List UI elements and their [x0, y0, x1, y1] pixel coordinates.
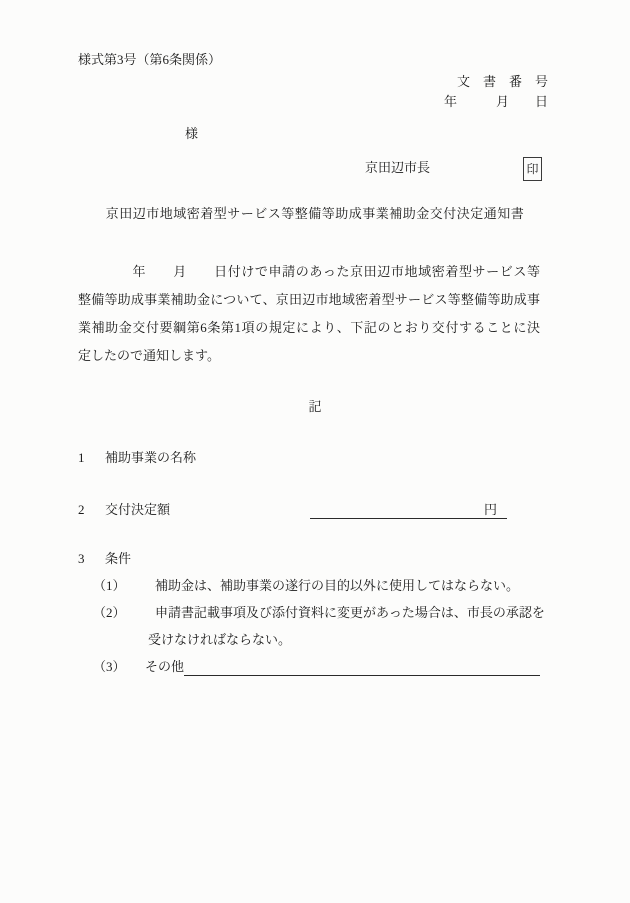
- amount-blank-field: 円: [310, 501, 507, 519]
- item-number: 1: [78, 449, 105, 467]
- body-line: 業補助金交付要綱第6条第1項の規定により、下記のとおり交付することに決: [78, 314, 540, 342]
- other-blank-field: [184, 659, 540, 676]
- date-blank-line: 年 月 日: [444, 92, 548, 112]
- recipient-honorific: 様: [185, 125, 198, 143]
- seal-box: 印: [523, 157, 542, 181]
- body-line: 整備等助成事業補助金について、京田辺市地域密着型サービス等整備等助成事: [78, 286, 540, 314]
- condition-text: その他: [145, 659, 184, 674]
- document-number-block: 文 書 番 号 年 月 日: [444, 72, 548, 112]
- issuer-title: 京田辺市長: [365, 159, 430, 177]
- body-line: 定したので通知します。: [78, 342, 540, 370]
- condition-row: （3）その他: [93, 658, 540, 676]
- item-label: 条件: [105, 551, 131, 566]
- seal-mark: 印: [526, 163, 538, 175]
- condition-text: 補助金は、補助事業の遂行の目的以外に使用してはならない。: [155, 578, 519, 593]
- condition-row: （2）申請書記載事項及び添付資料に変更があった場合は、市長の承認を: [93, 604, 545, 622]
- condition-row: （1）補助金は、補助事業の遂行の目的以外に使用してはならない。: [93, 577, 519, 595]
- condition-number: （3）: [93, 658, 145, 676]
- condition-number: （2）: [93, 604, 155, 622]
- condition-number: （1）: [93, 577, 155, 595]
- item-conditions: 3条件: [78, 550, 131, 568]
- body-paragraph: 年 月 日付けで申請のあった京田辺市地域密着型サービス等 整備等助成事業補助金に…: [78, 258, 540, 370]
- condition-text-continued: 受けなければならない。: [148, 631, 291, 649]
- document-number-label: 文 書 番 号: [444, 72, 548, 92]
- item-label: 交付決定額: [105, 501, 240, 519]
- body-line: 年 月 日付けで申請のあった京田辺市地域密着型サービス等: [78, 258, 540, 286]
- currency-unit: 円: [484, 502, 497, 517]
- condition-text: 申請書記載事項及び添付資料に変更があった場合は、市長の承認を: [155, 605, 545, 620]
- item-project-name: 1補助事業の名称: [78, 449, 196, 467]
- document-page: 様式第3号（第6条関係） 文 書 番 号 年 月 日 様 京田辺市長 印 京田辺…: [0, 0, 630, 903]
- form-number: 様式第3号（第6条関係）: [78, 51, 221, 69]
- document-title: 京田辺市地域密着型サービス等整備等助成事業補助金交付決定通知書: [0, 205, 630, 223]
- item-number: 3: [78, 550, 105, 568]
- item-grant-amount: 2交付決定額円: [78, 501, 507, 519]
- item-label: 補助事業の名称: [105, 450, 196, 465]
- item-number: 2: [78, 501, 105, 519]
- record-marker: 記: [0, 398, 630, 416]
